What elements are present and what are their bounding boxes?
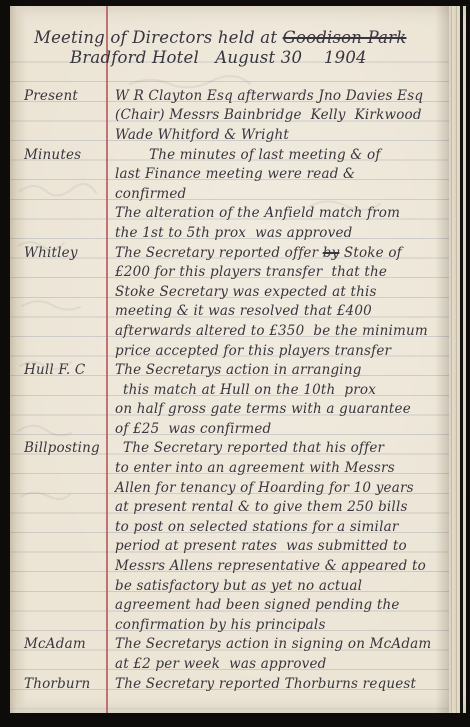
heading-text: Meeting of Directors held at xyxy=(34,28,283,47)
minute-line: The Secretary reported offer by Stoke of xyxy=(115,244,454,264)
minute-line: at present rental & to give them 250 bil… xyxy=(115,498,454,518)
margin-label-mcadam: McAdam xyxy=(24,635,115,674)
minute-line: of £25 was confirmed xyxy=(115,420,454,440)
minute-line: confirmation by his principals xyxy=(115,616,454,636)
minute-line: the 1st to 5th prox was approved xyxy=(115,224,454,244)
entry-body: The Secretary reported that his offer to… xyxy=(115,439,454,635)
minute-line: (Chair) Messrs Bainbridge Kelly Kirkwood xyxy=(115,106,454,126)
entry-present: Present W R Clayton Esq afterwards Jno D… xyxy=(24,87,454,146)
entry-anfield-alteration: The alteration of the Anfield match from… xyxy=(24,204,454,243)
paper-page: Meeting of Directors held at Goodison Pa… xyxy=(10,6,466,713)
minute-line: agreement had been signed pending the xyxy=(115,596,454,616)
minute-line: afterwards altered to £350 be the minimu… xyxy=(115,322,454,342)
margin-label-billposting: Billposting xyxy=(24,439,115,635)
minute-line: The minutes of last meeting & of xyxy=(115,146,454,166)
minute-line: The alteration of the Anfield match from xyxy=(115,204,454,224)
minute-line: The Secretary reported Thorburns request xyxy=(115,675,454,695)
meeting-heading: Meeting of Directors held at Goodison Pa… xyxy=(24,28,454,67)
minute-line: on half gross gate terms with a guarante… xyxy=(115,400,454,420)
handwritten-minutes: Meeting of Directors held at Goodison Pa… xyxy=(24,28,454,694)
minute-line: period at present rates was submitted to xyxy=(115,537,454,557)
margin-label-present: Present xyxy=(24,87,115,146)
minute-line: W R Clayton Esq afterwards Jno Davies Es… xyxy=(115,87,454,107)
entry-body: The minutes of last meeting & of last Fi… xyxy=(115,146,454,205)
minute-line: this match at Hull on the 10th prox xyxy=(115,381,454,401)
entry-hull-fc: Hull F. C The Secretarys action in arran… xyxy=(24,361,454,439)
entry-billposting: Billposting The Secretary reported that … xyxy=(24,439,454,635)
struck-out-location: Goodison Park xyxy=(283,28,407,47)
minute-line: £200 for this players transfer that the xyxy=(115,263,454,283)
entry-whitley: Whitley The Secretary reported offer by … xyxy=(24,244,454,362)
minute-line: Allen for tenancy of Hoarding for 10 yea… xyxy=(115,479,454,499)
entry-body: The Secretary reported offer by Stoke of… xyxy=(115,244,454,362)
entry-minutes: Minutes The minutes of last meeting & of… xyxy=(24,146,454,205)
line-text: The Secretary reported offer xyxy=(115,245,323,261)
entry-body: The Secretary reported Thorburns request xyxy=(115,675,454,695)
scanned-minute-book-page: Meeting of Directors held at Goodison Pa… xyxy=(0,0,470,727)
minute-line: The Secretarys action in arranging xyxy=(115,361,454,381)
minute-line: meeting & it was resolved that £400 xyxy=(115,302,454,322)
minute-line: Wade Whitford & Wright xyxy=(115,126,454,146)
entry-body: The alteration of the Anfield match from… xyxy=(115,204,454,243)
entry-body: W R Clayton Esq afterwards Jno Davies Es… xyxy=(115,87,454,146)
minute-line: be satisfactory but as yet no actual xyxy=(115,577,454,597)
margin-label-minutes: Minutes xyxy=(24,146,115,205)
margin-label-hull-fc: Hull F. C xyxy=(24,361,115,439)
entry-thorburn: Thorburn The Secretary reported Thorburn… xyxy=(24,675,454,695)
entry-body: The Secretarys action in signing on McAd… xyxy=(115,635,454,674)
margin-label-blank xyxy=(24,204,115,243)
margin-label-whitley: Whitley xyxy=(24,244,115,362)
heading-line-1: Meeting of Directors held at Goodison Pa… xyxy=(34,28,454,48)
line-text: Stoke of xyxy=(339,245,401,261)
struck-out-word: by xyxy=(323,245,340,261)
minute-line: at £2 per week was approved xyxy=(115,655,454,675)
minute-line: to post on selected stations for a simil… xyxy=(115,518,454,538)
minute-line: The Secretarys action in signing on McAd… xyxy=(115,635,454,655)
book-fore-edge xyxy=(449,6,463,713)
minute-line: Stoke Secretary was expected at this xyxy=(115,283,454,303)
minute-line: The Secretary reported that his offer xyxy=(115,439,454,459)
blank-line xyxy=(24,67,454,87)
minute-line: Messrs Allens representative & appeared … xyxy=(115,557,454,577)
margin-label-thorburn: Thorburn xyxy=(24,675,115,695)
entry-body: The Secretarys action in arranging this … xyxy=(115,361,454,439)
minute-line: last Finance meeting were read & xyxy=(115,165,454,185)
entry-mcadam: McAdam The Secretarys action in signing … xyxy=(24,635,454,674)
minute-line: price accepted for this players transfer xyxy=(115,342,454,362)
minute-line: to enter into an agreement with Messrs xyxy=(115,459,454,479)
heading-line-2: Bradford Hotel August 30 1904 xyxy=(34,48,454,68)
minute-line: confirmed xyxy=(115,185,454,205)
